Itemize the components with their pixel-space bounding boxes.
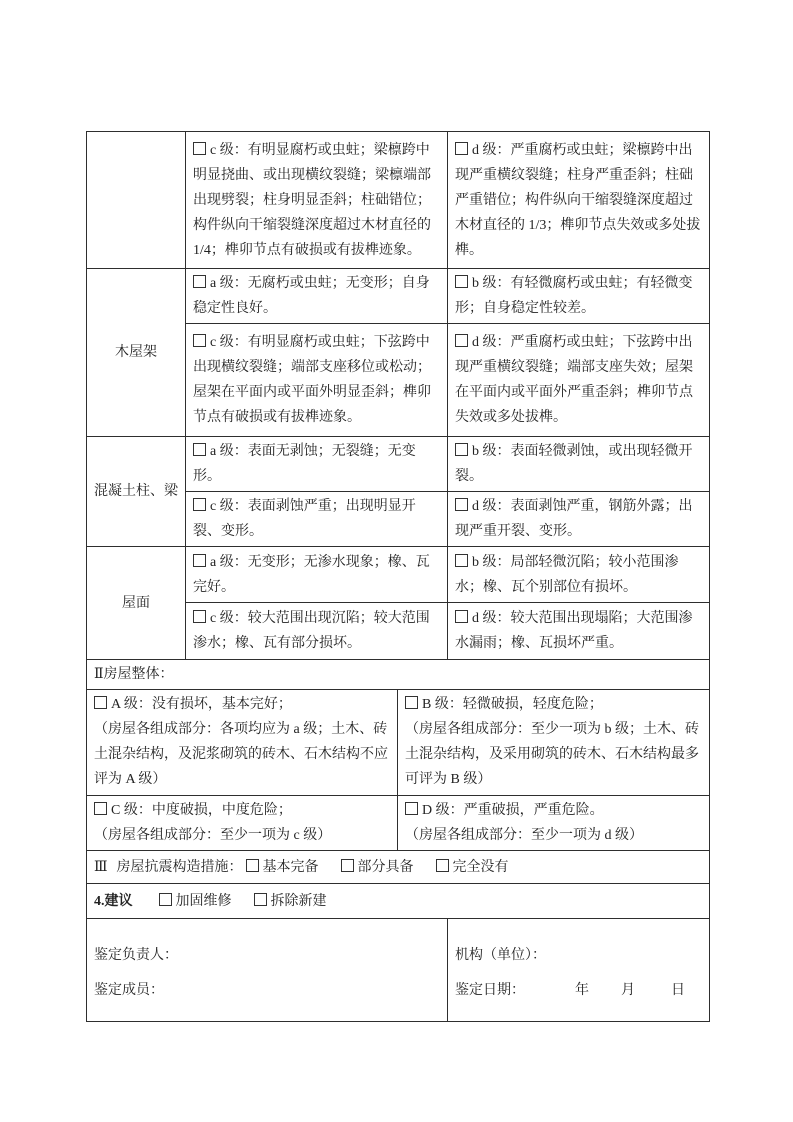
seismic-measures-row: Ⅲ房屋抗震构造措施：基本完备部分具备完全没有 — [87, 851, 710, 884]
grade-title: A 级：没有损坏，基本完好； — [111, 697, 292, 712]
checkbox-icon[interactable] — [193, 275, 206, 288]
checkbox-icon[interactable] — [455, 498, 468, 511]
checkbox-icon[interactable] — [341, 859, 354, 872]
grade-text: b 级：表面轻微剥蚀，或出现轻微开裂。 — [455, 444, 693, 484]
date-label: 鉴定日期： — [455, 983, 525, 998]
grade-text: c 级：有明显腐朽或虫蛀；梁檩跨中明显挠曲、或出现横纹裂缝；梁檩端部出现劈裂；柱… — [193, 143, 431, 258]
table-row: 混凝土柱、梁 a 级：表面无剥蚀；无裂缝；无变形。 b 级：表面轻微剥蚀，或出现… — [87, 437, 710, 492]
checkbox-icon[interactable] — [455, 334, 468, 347]
table-row: c 级：有明显腐朽或虫蛀；梁檩跨中明显挠曲、或出现横纹裂缝；梁檩端部出现劈裂；柱… — [87, 132, 710, 269]
grade-note: （房屋各组成部分：至少一项为 d 级） — [405, 823, 702, 848]
appraisal-members-label: 鉴定成员： — [94, 978, 440, 1003]
grade-cell-c: c 级：有明显腐朽或虫蛀；下弦跨中出现横纹裂缝；端部支座移位或松动；屋架在平面内… — [186, 324, 448, 437]
table-row: Ⅱ房屋整体： — [87, 660, 710, 690]
checkbox-icon[interactable] — [193, 334, 206, 347]
section-heading-overall: Ⅱ房屋整体： — [87, 660, 710, 690]
suggestion-row: 4.建议加固维修拆除新建 — [87, 884, 710, 919]
grade-cell-b: b 级：局部轻微沉陷；较小范围渗水；橡、瓦个别部位有损坏。 — [448, 547, 710, 603]
grade-cell-a: a 级：无腐朽或虫蛀；无变形；自身稳定性良好。 — [186, 269, 448, 324]
grade-text: c 级：表面剥蚀严重；出现明显开裂、变形。 — [193, 499, 416, 539]
grade-cell-a: a 级：表面无剥蚀；无裂缝；无变形。 — [186, 437, 448, 492]
grade-text: d 级：严重腐朽或虫蛀；下弦跨中出现严重横纹裂缝；端部支座失效；屋架在平面内或平… — [455, 335, 693, 425]
grade-cell-d: d 级：表面剥蚀严重，钢筋外露；出现严重开裂、变形。 — [448, 492, 710, 547]
grade-note: （房屋各组成部分：至少一项为 b 级；土木、砖土混杂结构，及采用砌筑的砖木、石木… — [405, 717, 702, 792]
checkbox-icon[interactable] — [455, 443, 468, 456]
checkbox-icon[interactable] — [455, 610, 468, 623]
grade-cell-b: b 级：表面轻微剥蚀，或出现轻微开裂。 — [448, 437, 710, 492]
table-row: 木屋架 a 级：无腐朽或虫蛀；无变形；自身稳定性良好。 b 级：有轻微腐朽或虫蛀… — [87, 269, 710, 324]
overall-grade-cell-C: C 级：中度破损，中度危险； （房屋各组成部分：至少一项为 c 级） — [87, 796, 398, 851]
component-label-roof: 屋面 — [87, 547, 186, 660]
appraisal-leader-label: 鉴定负责人： — [94, 943, 440, 968]
suggestion-label: 4.建议 — [94, 894, 133, 909]
grade-title: D 级：严重破损，严重危险。 — [422, 803, 604, 818]
organization-label: 机构（单位）： — [455, 943, 702, 968]
appraisal-form-table: c 级：有明显腐朽或虫蛀；梁檩跨中明显挠曲、或出现横纹裂缝；梁檩端部出现劈裂；柱… — [86, 131, 710, 1022]
checkbox-icon[interactable] — [405, 802, 418, 815]
checkbox-icon[interactable] — [94, 802, 107, 815]
option-reinforce-repair: 加固维修 — [159, 894, 232, 909]
option-demolish-rebuild: 拆除新建 — [254, 894, 327, 909]
seismic-label: 房屋抗震构造措施： — [117, 860, 243, 875]
checkbox-icon[interactable] — [193, 142, 206, 155]
grade-text: b 级：局部轻微沉陷；较小范围渗水；橡、瓦个别部位有损坏。 — [455, 555, 679, 595]
overall-grade-cell-D: D 级：严重破损，严重危险。 （房屋各组成部分：至少一项为 d 级） — [398, 796, 710, 851]
checkbox-icon[interactable] — [193, 554, 206, 567]
grade-text: a 级：无腐朽或虫蛀；无变形；自身稳定性良好。 — [193, 276, 430, 316]
checkbox-icon[interactable] — [455, 142, 468, 155]
checkbox-icon[interactable] — [405, 696, 418, 709]
checkbox-icon[interactable] — [254, 893, 267, 906]
option-completely-absent: 完全没有 — [436, 860, 509, 875]
option-label: 部分具备 — [358, 860, 414, 875]
date-unit-day: 日 — [671, 983, 685, 998]
grade-text: d 级：严重腐朽或虫蛀；梁檩跨中出现严重横纹裂缝；柱身严重歪斜；柱础严重错位；构… — [455, 143, 700, 258]
grade-title: C 级：中度破损，中度危险； — [111, 803, 292, 818]
table-row: 屋面 a 级：无变形；无渗水现象；橡、瓦完好。 b 级：局部轻微沉陷；较小范围渗… — [87, 547, 710, 603]
option-label: 基本完备 — [263, 860, 319, 875]
option-label: 完全没有 — [453, 860, 509, 875]
table-row: Ⅲ房屋抗震构造措施：基本完备部分具备完全没有 — [87, 851, 710, 884]
grade-text: a 级：无变形；无渗水现象；橡、瓦完好。 — [193, 555, 430, 595]
date-unit-year: 年 — [575, 983, 589, 998]
grade-note: （房屋各组成部分：至少一项为 c 级） — [94, 823, 390, 848]
grade-title-line: B 级：轻微破损，轻度危险； — [405, 692, 702, 717]
grade-text: d 级：较大范围出现塌陷；大范围渗水漏雨；橡、瓦损坏严重。 — [455, 611, 693, 651]
document-page: { "colors": { "page_bg": "#ffffff", "bor… — [0, 0, 793, 1122]
date-unit-month: 月 — [621, 983, 635, 998]
section-numeral: Ⅲ — [94, 860, 108, 875]
checkbox-icon[interactable] — [193, 610, 206, 623]
option-label: 拆除新建 — [271, 894, 327, 909]
grade-cell-d: d 级：严重腐朽或虫蛀；下弦跨中出现严重横纹裂缝；端部支座失效；屋架在平面内或平… — [448, 324, 710, 437]
checkbox-icon[interactable] — [246, 859, 259, 872]
component-label-wood-truss: 木屋架 — [87, 269, 186, 437]
grade-cell-b: b 级：有轻微腐朽或虫蛀；有轻微变形；自身稳定性较差。 — [448, 269, 710, 324]
grade-text: c 级：有明显腐朽或虫蛀；下弦跨中出现横纹裂缝；端部支座移位或松动；屋架在平面内… — [193, 335, 431, 425]
grade-note: （房屋各组成部分：各项均应为 a 级；土木、砖土混杂结构，及泥浆砌筑的砖木、石木… — [94, 717, 390, 792]
checkbox-icon[interactable] — [436, 859, 449, 872]
checkbox-icon[interactable] — [455, 275, 468, 288]
overall-grade-cell-A: A 级：没有损坏，基本完好； （房屋各组成部分：各项均应为 a 级；土木、砖土混… — [87, 690, 398, 796]
signature-cell: 鉴定负责人： 鉴定成员： — [87, 919, 448, 1022]
organization-cell: 机构（单位）： 鉴定日期：年月日 — [448, 919, 710, 1022]
checkbox-icon[interactable] — [193, 498, 206, 511]
table-row: C 级：中度破损，中度危险； （房屋各组成部分：至少一项为 c 级） D 级：严… — [87, 796, 710, 851]
grade-title-line: D 级：严重破损，严重危险。 — [405, 798, 702, 823]
component-label-concrete: 混凝土柱、梁 — [87, 437, 186, 547]
checkbox-icon[interactable] — [193, 443, 206, 456]
option-basically-complete: 基本完备 — [246, 860, 319, 875]
grade-text: c 级：较大范围出现沉陷；较大范围渗水；橡、瓦有部分损坏。 — [193, 611, 430, 651]
grade-cell-d: d 级：较大范围出现塌陷；大范围渗水漏雨；橡、瓦损坏严重。 — [448, 603, 710, 660]
checkbox-icon[interactable] — [159, 893, 172, 906]
grade-cell-c: c 级：表面剥蚀严重；出现明显开裂、变形。 — [186, 492, 448, 547]
grade-text: b 级：有轻微腐朽或虫蛀；有轻微变形；自身稳定性较差。 — [455, 276, 693, 316]
grade-text: d 级：表面剥蚀严重，钢筋外露；出现严重开裂、变形。 — [455, 499, 693, 539]
grade-cell-c: c 级：有明显腐朽或虫蛀；梁檩跨中明显挠曲、或出现横纹裂缝；梁檩端部出现劈裂；柱… — [186, 132, 448, 269]
grade-title: B 级：轻微破损，轻度危险； — [422, 697, 603, 712]
grade-title-line: C 级：中度破损，中度危险； — [94, 798, 390, 823]
grade-cell-c: c 级：较大范围出现沉陷；较大范围渗水；橡、瓦有部分损坏。 — [186, 603, 448, 660]
checkbox-icon[interactable] — [94, 696, 107, 709]
option-partially-present: 部分具备 — [341, 860, 414, 875]
option-label: 加固维修 — [176, 894, 232, 909]
grade-title-line: A 级：没有损坏，基本完好； — [94, 692, 390, 717]
grade-cell-d: d 级：严重腐朽或虫蛀；梁檩跨中出现严重横纹裂缝；柱身严重歪斜；柱础严重错位；构… — [448, 132, 710, 269]
checkbox-icon[interactable] — [455, 554, 468, 567]
component-label-empty — [87, 132, 186, 269]
table-row: 鉴定负责人： 鉴定成员： 机构（单位）： 鉴定日期：年月日 — [87, 919, 710, 1022]
appraisal-date-line: 鉴定日期：年月日 — [455, 978, 702, 1003]
table-row: 4.建议加固维修拆除新建 — [87, 884, 710, 919]
overall-grade-cell-B: B 级：轻微破损，轻度危险； （房屋各组成部分：至少一项为 b 级；土木、砖土混… — [398, 690, 710, 796]
grade-text: a 级：表面无剥蚀；无裂缝；无变形。 — [193, 444, 416, 484]
grade-cell-a: a 级：无变形；无渗水现象；橡、瓦完好。 — [186, 547, 448, 603]
table-row: A 级：没有损坏，基本完好； （房屋各组成部分：各项均应为 a 级；土木、砖土混… — [87, 690, 710, 796]
